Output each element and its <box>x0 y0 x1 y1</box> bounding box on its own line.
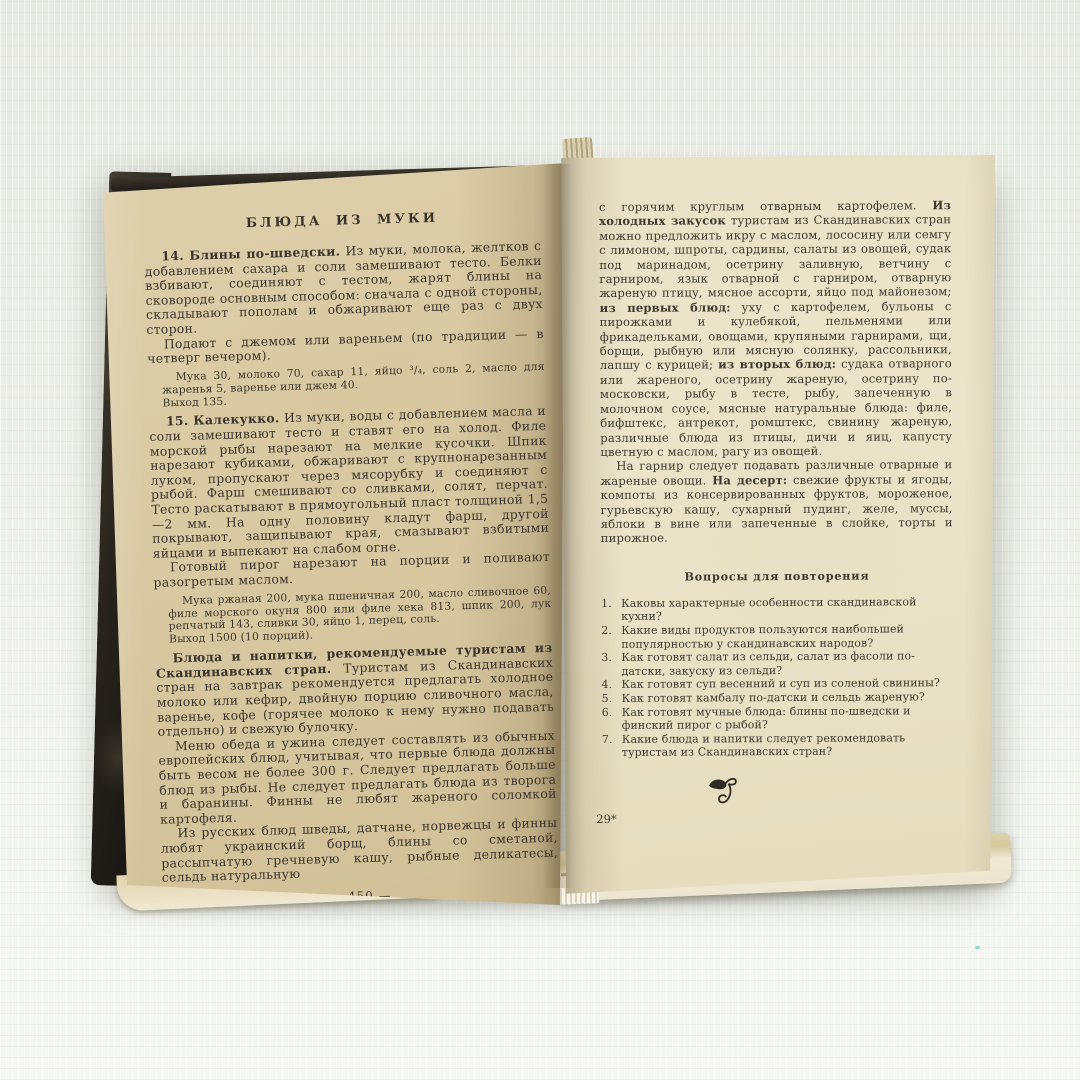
question-text: Как готовят мучные блюда: блины по-шведс… <box>622 704 954 733</box>
section-heading: БЛЮДА ИЗ МУКИ <box>143 208 540 234</box>
menu-paragraph: Меню обеда и ужина следует составлять из… <box>158 728 557 827</box>
russian-dishes-paragraph: Из русских блюд шведы, датчане, норвежцы… <box>160 816 558 885</box>
bold-phrase: На десерт: <box>712 473 787 487</box>
recipe-15-paragraph: 15. Калекукко. Из муки, воды с добавлени… <box>149 404 550 561</box>
paragraph-text: с горячим круглым отварным картофелем. <box>599 198 932 214</box>
paragraph-text: судака отварного или жареного, осетрину … <box>600 357 952 459</box>
question-number: 4. <box>602 678 622 692</box>
right-page-text-block: с горячим круглым отварным картофелем. И… <box>599 198 954 814</box>
left-page-text-block: БЛЮДА ИЗ МУКИ 14. Блины по-шведски. Из м… <box>143 196 559 909</box>
question-text: Каковы характерные особенности скандинав… <box>621 595 953 624</box>
question-item: 3. Как готовят салат из сельди, салат из… <box>601 649 953 678</box>
recipe-14-paragraph: 14. Блины по-шведски. Из муки, молока, ж… <box>144 239 543 338</box>
left-page: БЛЮДА ИЗ МУКИ 14. Блины по-шведски. Из м… <box>103 163 565 905</box>
fleuron-ornament-icon <box>698 773 748 816</box>
bold-phrase: из первых блюд: <box>600 300 731 315</box>
continued-paragraph: с горячим круглым отварным картофелем. И… <box>599 198 952 459</box>
question-item: 1. Каковы характерные особенности сканди… <box>601 595 953 624</box>
recipe-14-ingredients-note: Мука 30, молоко 70, сахар 11, яйцо ³/₄, … <box>162 361 546 410</box>
question-number: 6. <box>602 705 622 732</box>
recipe-15-ingredients-note: Мука ржаная 200, мука пшеничная 200, мас… <box>168 584 552 646</box>
garnish-dessert-paragraph: На гарнир следует подавать различные отв… <box>600 457 952 545</box>
open-book: БЛЮДА ИЗ МУКИ 14. Блины по-шведски. Из м… <box>95 130 1005 940</box>
review-questions-heading: Вопросы для повторения <box>601 568 953 584</box>
question-number: 7. <box>602 733 622 760</box>
question-number: 2. <box>601 624 621 651</box>
right-page: с горячим круглым отварным картофелем. И… <box>559 152 995 896</box>
question-number: 1. <box>601 597 621 624</box>
question-number: 5. <box>602 692 622 706</box>
question-item: 7. Какие блюда и напитки следует рекомен… <box>602 731 954 760</box>
tourists-paragraph: Блюда и напитки, рекомендуемые туристам … <box>155 641 554 740</box>
question-item: 6. Как готовят мучные блюда: блины по-шв… <box>602 704 954 733</box>
question-number: 3. <box>601 651 621 678</box>
recipe-15-text: Из муки, воды с добавлением масла и соли… <box>149 403 549 560</box>
backdrop-speck <box>975 946 980 949</box>
question-text: Какие виды продуктов пользуются наибольш… <box>621 622 953 651</box>
bold-phrase: из вторых блюд: <box>718 357 836 372</box>
question-item: 2. Какие виды продуктов пользуются наибо… <box>601 622 953 651</box>
signature-mark: 29* <box>596 812 616 826</box>
question-text: Какие блюда и напитки следует рекомендов… <box>622 731 954 760</box>
question-text: Как готовят салат из сельди, салат из фа… <box>621 649 953 678</box>
